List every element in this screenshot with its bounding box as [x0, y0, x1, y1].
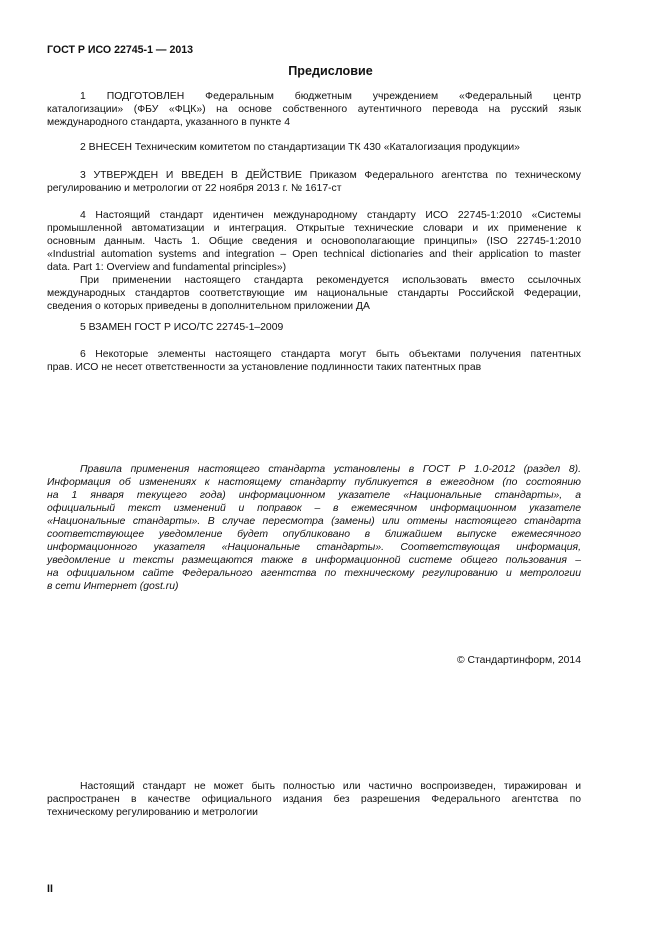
foreword-item-4: 4 Настоящий стандарт идентичен междунаро… [47, 209, 581, 313]
text-line: сведения о которых приведены в дополните… [47, 300, 581, 313]
text-line: распространен в качестве официального из… [47, 793, 581, 806]
text-line: на официальном сайте Федерального агентс… [47, 567, 581, 580]
text-line: 4 Настоящий стандарт идентичен междунаро… [47, 209, 581, 222]
text-line: соответствующее уведомление будет опубли… [47, 528, 581, 541]
foreword-item-2: 2 ВНЕСЕН Техническим комитетом по станда… [47, 141, 581, 154]
application-rules-notice: Правила применения настоящего стандарта … [47, 463, 581, 593]
foreword-item-6: 6 Некоторые элементы настоящего стандарт… [47, 348, 581, 374]
text-line: data. Part 1: Overview and fundamental p… [47, 261, 581, 274]
text-line: регулированию и метрологии от 22 ноября … [47, 182, 581, 195]
page-title: Предисловие [0, 64, 661, 78]
text-line: Информация об изменениях к настоящему ст… [47, 476, 581, 489]
page-number: II [47, 883, 53, 895]
text-line: официальный текст изменений и поправок –… [47, 502, 581, 515]
text-line: Правила применения настоящего стандарта … [47, 463, 581, 476]
text-line: 5 ВЗАМЕН ГОСТ Р ИСО/ТС 22745-1–2009 [47, 321, 581, 334]
text-line: информационного указателя «Национальные … [47, 541, 581, 554]
text-line: каталогизации» (ФБУ «ФЦК») на основе соб… [47, 103, 581, 116]
text-line: 2 ВНЕСЕН Техническим комитетом по станда… [47, 141, 581, 154]
document-header-id: ГОСТ Р ИСО 22745-1 — 2013 [47, 44, 193, 56]
text-line: промышленной автоматизации и интеграция.… [47, 222, 581, 235]
foreword-item-1: 1 ПОДГОТОВЛЕН Федеральным бюджетным учре… [47, 90, 581, 129]
reproduction-notice: Настоящий стандарт не может быть полност… [47, 780, 581, 819]
text-line: прав. ИСО не несет ответственности за ус… [47, 361, 581, 374]
text-line: международного стандарта, указанного в п… [47, 116, 581, 129]
text-line: техническому регулированию и метрологии [47, 806, 581, 819]
text-line: 6 Некоторые элементы настоящего стандарт… [47, 348, 581, 361]
copyright-notice: © Стандартинформ, 2014 [0, 655, 581, 666]
text-line: на 1 января текущего года) информационно… [47, 489, 581, 502]
foreword-item-3: 3 УТВЕРЖДЕН И ВВЕДЕН В ДЕЙСТВИЕ Приказом… [47, 169, 581, 195]
text-line: уведомление и тексты размещаются также в… [47, 554, 581, 567]
text-line: международных стандартов соответствующие… [47, 287, 581, 300]
text-line: 1 ПОДГОТОВЛЕН Федеральным бюджетным учре… [47, 90, 581, 103]
text-line: основным данным. Часть 1. Общие сведения… [47, 235, 581, 248]
text-line: «Национальные стандарты». В случае перес… [47, 515, 581, 528]
text-line: При применении настоящего стандарта реко… [47, 274, 581, 287]
text-line: 3 УТВЕРЖДЕН И ВВЕДЕН В ДЕЙСТВИЕ Приказом… [47, 169, 581, 182]
text-line: в сети Интернет (gost.ru) [47, 580, 581, 593]
text-line: Настоящий стандарт не может быть полност… [47, 780, 581, 793]
text-line: «Industrial automation systems and integ… [47, 248, 581, 261]
foreword-item-5: 5 ВЗАМЕН ГОСТ Р ИСО/ТС 22745-1–2009 [47, 321, 581, 334]
